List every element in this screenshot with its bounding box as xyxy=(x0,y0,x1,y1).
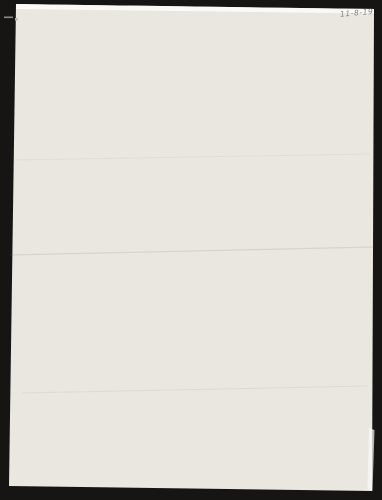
scanned-letter-photo: 11-8-19 xyxy=(0,0,382,500)
letter-canvas xyxy=(0,0,382,500)
border-mark xyxy=(15,18,18,21)
border-mark xyxy=(4,17,13,19)
paper-surface xyxy=(9,4,374,491)
paper-sheet xyxy=(9,4,375,491)
